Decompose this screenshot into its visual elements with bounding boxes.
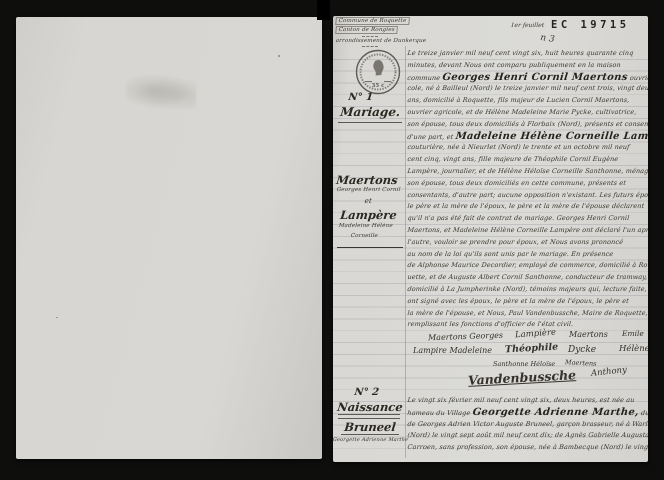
- act1-bride-given-2: Corneille: [350, 233, 378, 239]
- margin-underline: [341, 434, 399, 435]
- registry-book-scan: Commune de Roquette Canton de Rongies ar…: [0, 0, 664, 480]
- act1-bride-given-1: Madeleine Hélène: [338, 223, 393, 229]
- act1-margin-number: N° 1: [348, 92, 374, 103]
- signature: Lampire Madeleine: [413, 346, 492, 355]
- act-line: de Georges Adrien Victor Auguste Bruneel…: [407, 419, 646, 431]
- act2-margin-type: Naissance: [337, 400, 404, 414]
- act-line: Carroen, sans profession, son épouse, né…: [407, 442, 646, 454]
- handwritten-mark: n 3: [540, 33, 556, 45]
- signature: Maertons Georges: [428, 331, 503, 343]
- squiggle-divider: [362, 45, 378, 47]
- margin-underline: [338, 122, 402, 123]
- child-full-name: Georgette Adrienne Marthe,: [472, 407, 639, 418]
- signature: Hélène: [619, 344, 648, 354]
- act-line: couturière, née à Nieurlet (Nord) le tre…: [407, 142, 646, 154]
- act2-body: Le vingt six février mil neuf cent vingt…: [408, 395, 646, 454]
- official-seal: 35 c: [355, 49, 401, 95]
- canton-line: Canton de Rongies: [335, 26, 398, 34]
- act-line: son épouse, tous deux domiciliés en cett…: [407, 178, 646, 190]
- bride-full-name: Madeleine Hélène Corneille Lampère,: [455, 131, 648, 142]
- act-line-bride-name: d'une part, et Madeleine Hélène Corneill…: [407, 131, 646, 143]
- arrondissement-line: arrondissement de Dunkerque: [335, 38, 426, 44]
- act2-given: Georgette Adrienne Marthe: [333, 437, 409, 443]
- spine-bookmark-tab: [317, 0, 330, 20]
- act-line: uette, et de Auguste Albert Cornil Santh…: [407, 272, 646, 284]
- blank-left-page: [16, 17, 322, 459]
- act1-bride-surname: Lampère: [340, 208, 398, 222]
- act-line: de Alphonse Maurice Decordier, employé d…: [407, 260, 646, 272]
- act2-margin-number: N° 2: [354, 387, 380, 398]
- act-line: domicilié à La Jumpherinke (Nord), témoi…: [407, 284, 646, 296]
- commune-header-block: Commune de Roquette Canton de Rongies ar…: [336, 17, 427, 48]
- act-line: Lampère, journalier, et de Hélène Héloïs…: [407, 166, 646, 178]
- act1-groom-surname: Maertons: [336, 173, 399, 187]
- commune-line: Commune de Roquette: [335, 17, 410, 25]
- signature: Santhonne Héloïse: [493, 360, 555, 368]
- act2-surname: Bruneel: [344, 420, 397, 434]
- act-line: ans, domicilié à Roquette, fils majeur d…: [407, 95, 646, 107]
- registry-page: Commune de Roquette Canton de Rongies ar…: [333, 16, 648, 462]
- act-line: au nom de la loi qu'ils sont unis par le…: [407, 249, 646, 261]
- act-line: qu'il n'a pas été fait de contrat de mar…: [407, 213, 646, 225]
- act-line: la mère de l'épouse, et Nous, Paul Vande…: [407, 308, 646, 320]
- act-line: le père et la mère de l'époux, le père e…: [407, 201, 646, 213]
- act-line: cent cinq, vingt ans, fille majeure de T…: [407, 154, 646, 166]
- officer-signature-flourish: Vandenbussche: [468, 367, 577, 388]
- act-line: l'autre, vouloir se prendre pour époux, …: [407, 237, 646, 249]
- act-line: ont signé avec les époux, le père et la …: [407, 296, 646, 308]
- act-line: son épouse, tous deux domiciliés à Florb…: [407, 119, 646, 131]
- feuillet-note: 1er feuillet: [510, 22, 544, 29]
- act-line: Maertons, et Madeleine Hélène Corneille …: [407, 225, 646, 237]
- act-line: (Nord) le vingt sept août mil neuf cent …: [407, 430, 646, 442]
- groom-full-name: Georges Henri Cornil Maertons: [442, 72, 628, 83]
- signature: Maertons: [569, 330, 608, 339]
- paper-speck: [56, 317, 58, 318]
- margin-separator: [337, 247, 403, 248]
- seal-denomination: 35 c: [372, 83, 386, 89]
- show-through-smudge: [126, 75, 196, 109]
- act1-margin-type: Mariage.: [340, 105, 401, 119]
- signature: Maertens: [565, 358, 597, 368]
- signature: Théophile: [505, 342, 559, 356]
- act-line: minutes, devant Nous ont comparu publiqu…: [407, 60, 646, 72]
- margin-double-underline: [338, 414, 400, 419]
- margin-rule: [405, 46, 406, 458]
- squiggle-divider: [362, 35, 378, 37]
- signature: Emile: [622, 329, 644, 338]
- act-line: cole, né à Bailleul (Nord) le treize jan…: [407, 83, 646, 95]
- seal-head-profile: [373, 60, 383, 76]
- act-line: Le treize janvier mil neuf cent vingt si…: [407, 48, 646, 60]
- act-line: Le vingt six février mil neuf cent vingt…: [407, 395, 646, 407]
- signature: Lampière: [515, 328, 557, 341]
- paper-speck: [278, 55, 280, 57]
- ec-number-stamp: EC 19715: [551, 19, 630, 31]
- act1-body: Le treize janvier mil neuf cent vingt si…: [408, 48, 646, 331]
- act-line: ouvrier agricole, et de Hélène Madeleine…: [407, 107, 646, 119]
- act1-conjunction: et: [364, 197, 372, 205]
- act-line-groom-name: commune Georges Henri Cornil Maertons ou…: [407, 72, 646, 84]
- act1-groom-given: Georges Henri Cornil: [336, 187, 401, 193]
- signature: Dycke: [568, 345, 596, 355]
- act-line: consentants, d'autre part; aucune opposi…: [407, 190, 646, 202]
- act-line-child-name: hameau du Village Georgette Adrienne Mar…: [407, 407, 646, 419]
